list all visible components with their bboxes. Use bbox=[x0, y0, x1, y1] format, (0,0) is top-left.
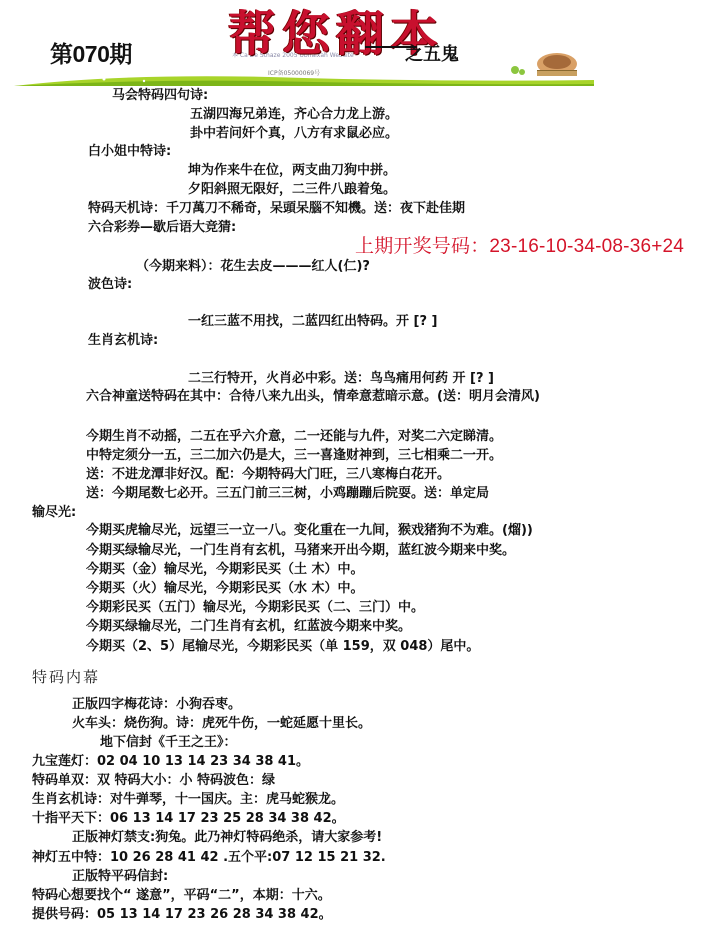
lose-all-line: 今期买绿输尽光，二门生肖有玄机，红蓝波今期来中奖。 bbox=[86, 618, 411, 635]
paragraph-line-2: 中特定须分一五，三二加六仍是大，三一喜逢财神到，三七相乘二一开。 bbox=[86, 447, 502, 464]
shentong-line: 六合神童送特码在其中：合待八来九出头，情牵意惹暗示意。(送：明月会清风) bbox=[86, 388, 540, 405]
lose-all-line: 今期买绿输尽光，一门生肖有玄机，马猪来开出今期，蓝红波今期来中奖。 bbox=[86, 542, 515, 559]
odd-even-info: 特码单双：双 特码大小：小 特码波色：绿 bbox=[32, 772, 275, 789]
hut-decoration bbox=[505, 48, 585, 80]
forbidden-line: 正版神灯禁支:狗兔。此乃神灯特码绝杀，请大家参考! bbox=[72, 829, 382, 846]
riddle-label: 六合彩券—歇后语大竞猜: bbox=[88, 219, 236, 236]
last-draw-numbers: 23-16-10-34-08-36+24 bbox=[489, 236, 684, 257]
header-banner: 第070期 本 Ca De Sthaze 2005 Ubhaixah Websi… bbox=[0, 0, 720, 88]
lose-all-line: 今期买虎输尽光，远望三一立一八。变化重在一九间，猴戏猪狗不为难。(熘)) bbox=[86, 522, 533, 539]
lamp-five: 神灯五中特：10 26 28 41 42 .五个平:07 12 15 21 32… bbox=[32, 849, 386, 866]
underground-letter: 地下信封《千王之王》： bbox=[100, 734, 237, 751]
section-title-inside: 特码内幕 bbox=[32, 666, 100, 687]
tianji-poem: 特码天机诗：千刀萬刀不稀奇，呆頭呆腦不知機。送：夜下赴佳期 bbox=[88, 200, 465, 217]
paragraph-line-3: 送：不进龙潭非好汉。配：今期特码大门旺，三八寒梅白花开。 bbox=[86, 466, 450, 483]
miss-bai-label: 白小姐中特诗: bbox=[88, 143, 171, 160]
wave-label: 波色诗: bbox=[88, 276, 132, 293]
miss-bai-line-1: 坤为作来牛在位，两支曲刀狗中拼。 bbox=[188, 162, 396, 179]
riddle-line: （今期来料）：花生去皮———红人(仁)? bbox=[136, 258, 370, 275]
zodiac-label: 生肖玄机诗: bbox=[88, 332, 158, 349]
issue-number: 第070期 bbox=[50, 36, 132, 69]
plum-poem: 正版四字梅花诗：小狗吞枣。 bbox=[72, 696, 241, 713]
lose-all-label: 输尽光: bbox=[32, 504, 76, 521]
lose-all-line: 今期买（金）输尽光，今期彩民买（土 木）中。 bbox=[86, 561, 364, 578]
lose-all-line: 今期买（2、5）尾输尽光，今期彩民买（单 159，双 048）尾中。 bbox=[86, 638, 479, 655]
lose-all-line: 今期买（火）输尽光，今期彩民买（水 木）中。 bbox=[86, 580, 364, 597]
caption-icp: ICP备05000069号 bbox=[268, 68, 320, 77]
horse-club-label: 马会特码四句诗: bbox=[112, 87, 208, 104]
page-subtitle: 之五鬼 bbox=[405, 40, 459, 66]
zodiac-poem-2: 生肖玄机诗：对牛弹琴，十一国庆。主：虎马蛇猴龙。 bbox=[32, 791, 344, 808]
horse-club-line-1: 五湖四海兄弟连，齐心合力龙上游。 bbox=[190, 106, 398, 123]
flat-letter: 正版特平码信封: bbox=[72, 868, 168, 885]
last-draw-banner: 上期开奖号码：23-16-10-34-08-36+24 bbox=[355, 231, 684, 258]
paragraph-line-4: 送：今期尾数七必开。三五门前三三树，小鸡蹦蹦后院耍。送：单定局 bbox=[86, 485, 489, 502]
provide-numbers: 提供号码：05 13 14 17 23 26 28 34 38 42。 bbox=[32, 906, 332, 923]
last-draw-label: 上期开奖号码： bbox=[355, 236, 489, 257]
ten-fingers: 十指平天下：06 13 14 17 23 25 28 34 38 42。 bbox=[32, 810, 345, 827]
paragraph-line-1: 今期生肖不动摇，二五在乎六介意，二一还能与九件，对奖二六定睇清。 bbox=[86, 428, 502, 445]
lose-all-line: 今期彩民买（五门）输尽光，今期彩民买（二、三门）中。 bbox=[86, 599, 424, 616]
zodiac-line: 二三行特开，火肖必中彩。送：鸟鸟痛用何药 开 [? ] bbox=[188, 370, 494, 387]
horse-club-line-2: 卦中若问奸个真，八方有求鼠必应。 bbox=[190, 125, 398, 142]
miss-bai-line-2: 夕阳斜照无限好，二三件八踉着兔。 bbox=[188, 181, 396, 198]
nine-lamps: 九宝莲灯：02 04 10 13 14 23 34 38 41。 bbox=[32, 753, 309, 770]
train-head: 火车头：烧伤狗。诗：虎死牛伤，一蛇延愿十里长。 bbox=[72, 715, 371, 732]
wave-line: 一红三蓝不用找，二蓝四红出特码。开 [? ] bbox=[188, 313, 437, 330]
heart-line: 特码心想要找个“ 遂意”，平码“二”，本期：十六。 bbox=[32, 887, 331, 904]
